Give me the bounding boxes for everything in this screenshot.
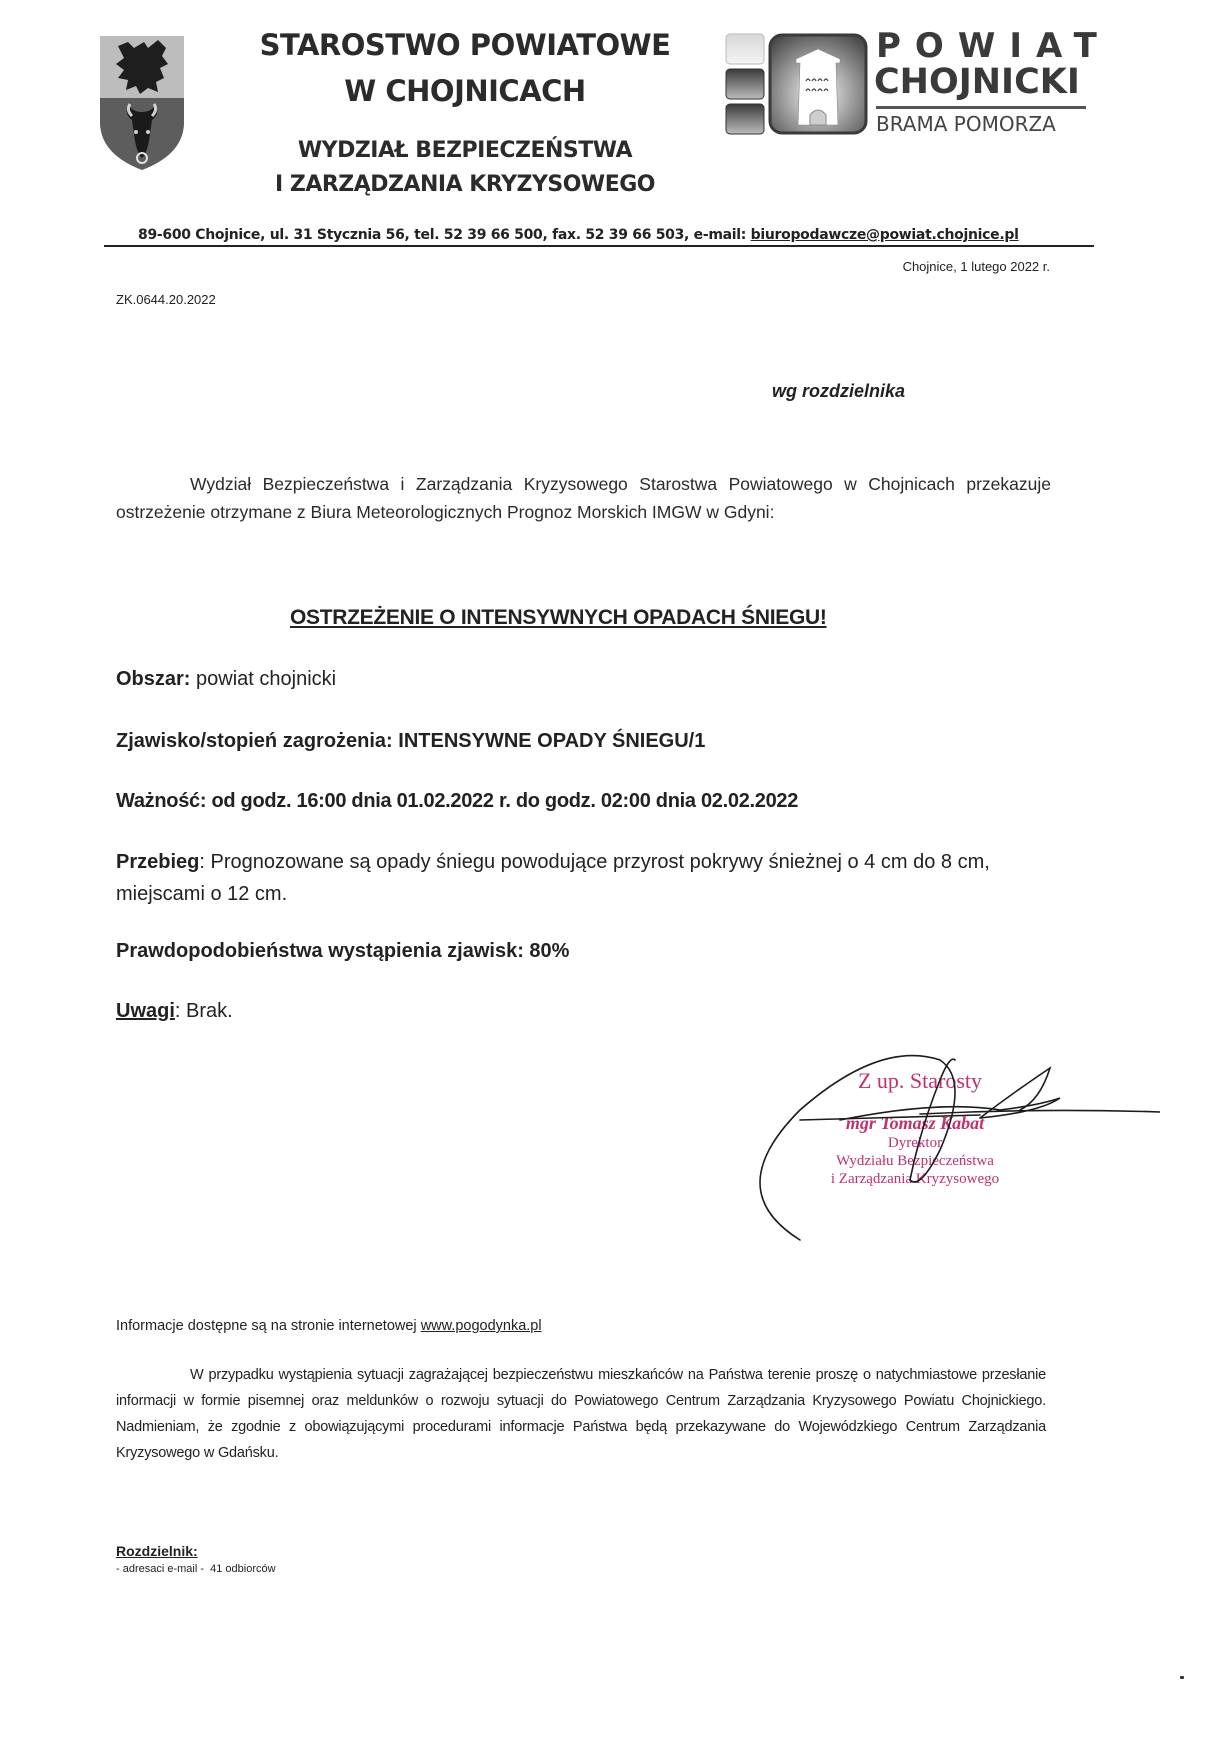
field-course: Przebieg: Prognozowane są opady śniegu p… [116, 846, 1056, 910]
field-validity-label: Ważność: [116, 790, 206, 812]
stamp-line-department2: i Zarządzania Kryzysowego [790, 1171, 1040, 1188]
logo-text-chojnicki: CHOJNICKI [874, 62, 1080, 102]
logo-text-powiat: POWIAT [876, 26, 1111, 66]
email-link[interactable]: biuropodawcze@powiat.chojnice.pl [751, 227, 1019, 243]
place-date: Chojnice, 1 lutego 2022 r. [903, 259, 1050, 274]
institution-name-line1: STAROSTWO POWIATOWE [240, 28, 690, 62]
field-area: Obszar: powiat chojnicki [116, 668, 336, 691]
reference-number: ZK.0644.20.2022 [116, 292, 216, 307]
field-phenomenon: Zjawisko/stopień zagrożenia: INTENSYWNE … [116, 730, 705, 753]
closing-text: W przypadku wystąpienia sytuacji zagraża… [116, 1367, 1046, 1461]
intro-paragraph: Wydział Bezpieczeństwa i Zarządzania Kry… [116, 470, 1051, 526]
field-phenomenon-value: INTENSYWNE OPADY ŚNIEGU/1 [393, 730, 706, 752]
logo-squares-icon [725, 33, 765, 135]
distribution-item: - adresaci e-mail - 41 odbiorców [116, 1563, 276, 1575]
field-probability-label: Prawdopodobieństwa wystąpienia zjawisk: [116, 940, 524, 962]
info-line: Informacje dostępne są na stronie intern… [116, 1318, 542, 1334]
field-area-value: powiat chojnicki [190, 668, 336, 690]
department-name-line2: I ZARZĄDZANIA KRYZYSOWEGO [240, 172, 690, 197]
addressee: wg rozdzielnika [772, 381, 905, 402]
coat-of-arms-icon [98, 34, 186, 172]
logo-text-brama-pomorza: BRAMA POMORZA [876, 112, 1056, 136]
field-course-value: : Prognozowane są opady śniegu powodując… [116, 851, 990, 905]
contact-address: 89-600 Chojnice, ul. 31 Stycznia 56, tel… [138, 227, 1019, 243]
field-probability: Prawdopodobieństwa wystąpienia zjawisk: … [116, 940, 569, 963]
field-phenomenon-label: Zjawisko/stopień zagrożenia: [116, 730, 393, 752]
closing-paragraph: W przypadku wystąpienia sytuacji zagraża… [116, 1362, 1046, 1466]
field-remarks-value: : Brak. [175, 1000, 233, 1022]
stamp-line-authorization: Z up. Starosty [820, 1068, 1020, 1094]
institution-name-line2: W CHOJNICACH [240, 74, 690, 108]
stamp-line-title: Dyrektor [790, 1135, 1040, 1152]
intro-text: Wydział Bezpieczeństwa i Zarządzania Kry… [116, 474, 1051, 522]
warning-title: OSTRZEŻENIE O INTENSYWNYCH OPADACH ŚNIEG… [290, 606, 827, 630]
stamp-line-name: mgr Tomasz Kabat [790, 1113, 1040, 1134]
field-probability-value: 80% [524, 940, 570, 962]
field-area-label: Obszar: [116, 668, 190, 690]
field-course-label: Przebieg [116, 851, 199, 873]
scan-speck [1180, 1676, 1184, 1679]
header-divider [104, 245, 1094, 247]
distribution-title: Rozdzielnik: [116, 1543, 198, 1559]
field-validity: Ważność: od godz. 16:00 dnia 01.02.2022 … [116, 790, 798, 813]
stamp-line-department1: Wydziału Bezpieczeństwa [790, 1153, 1040, 1170]
field-validity-value: od godz. 16:00 dnia 01.02.2022 r. do god… [206, 790, 798, 812]
tower-gate-icon [768, 33, 868, 135]
field-remarks-label: Uwagi [116, 1000, 175, 1022]
address-text: 89-600 Chojnice, ul. 31 Stycznia 56, tel… [138, 227, 751, 243]
department-name-line1: WYDZIAŁ BEZPIECZEŃSTWA [240, 138, 690, 163]
field-remarks: Uwagi: Brak. [116, 1000, 233, 1023]
info-text: Informacje dostępne są na stronie intern… [116, 1318, 421, 1334]
logo-divider [876, 106, 1086, 109]
pogodynka-link[interactable]: www.pogodynka.pl [421, 1318, 542, 1334]
